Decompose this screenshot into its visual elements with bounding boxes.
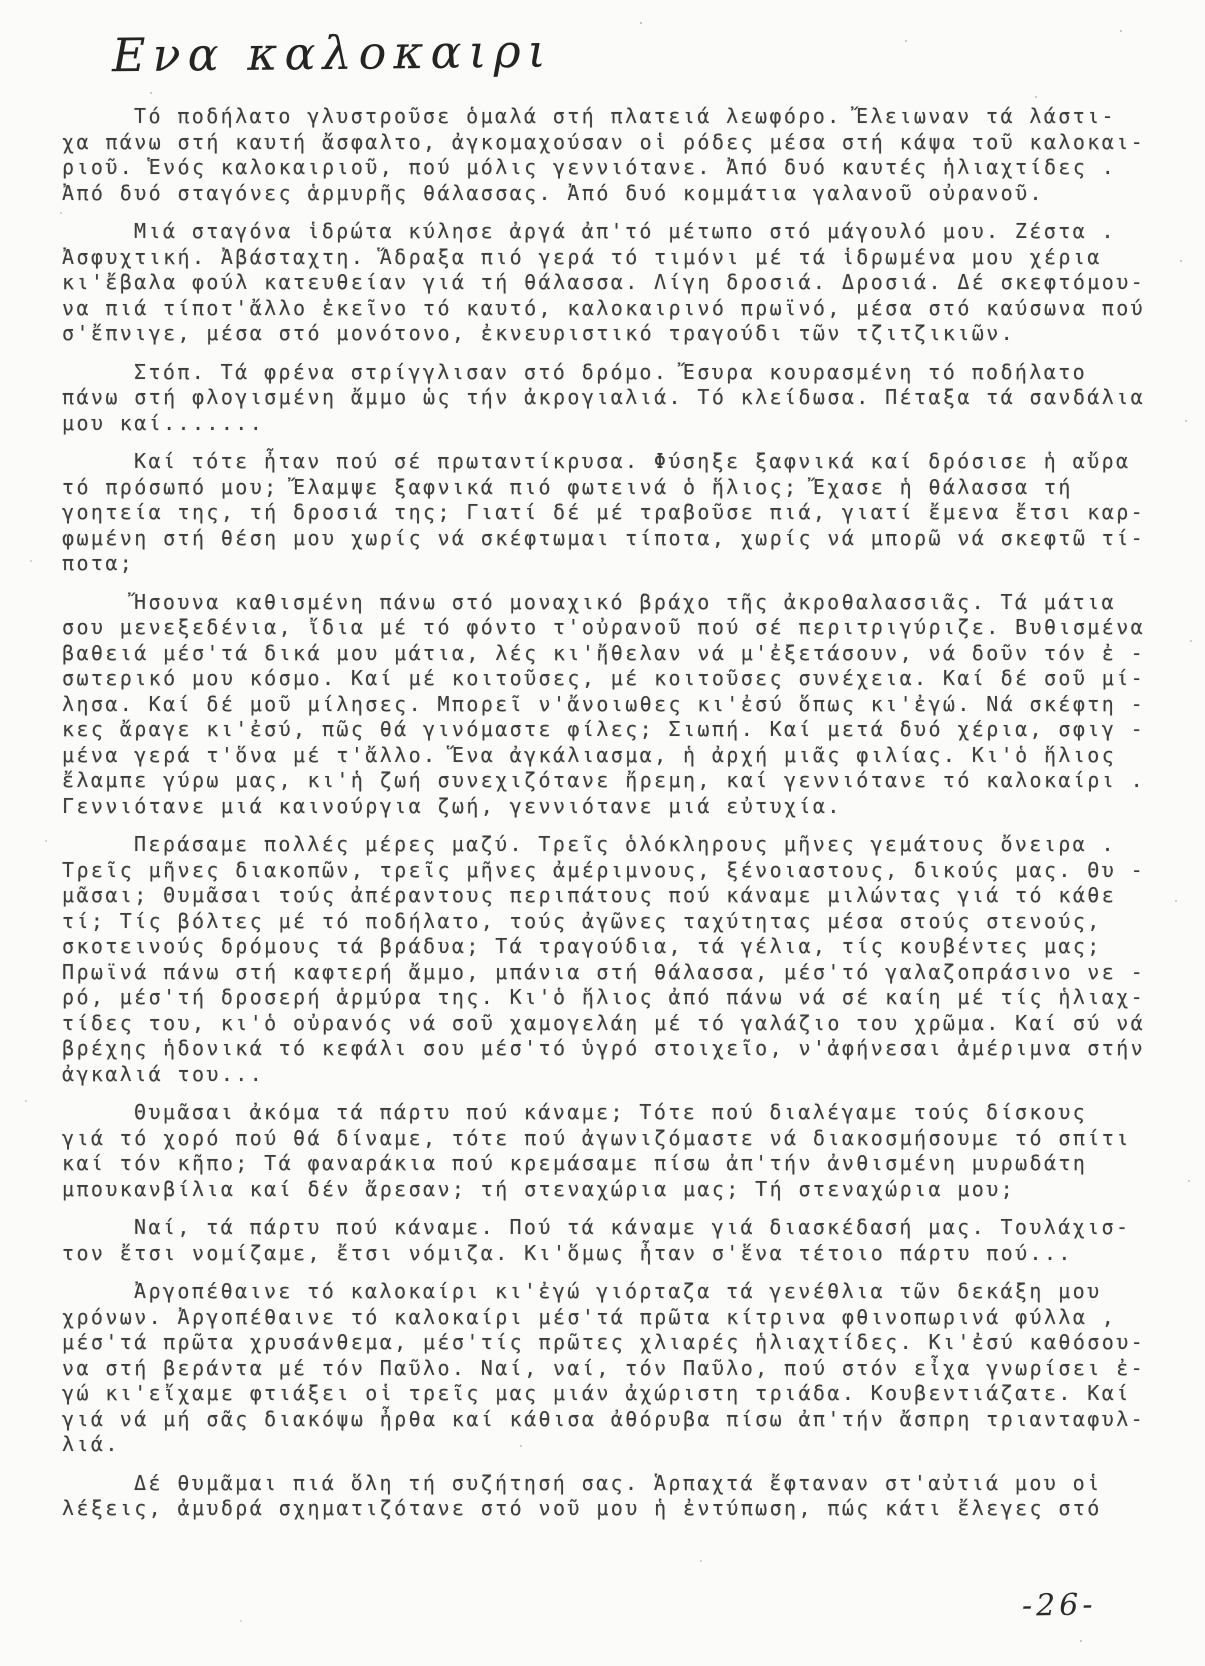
document-body: Τό ποδήλατο γλυστροῦσε ὁμαλά στή πλατειά… — [62, 104, 1197, 1535]
paragraph-5: Ἤσουνα καθισμένη πάνω στό μοναχικό βράχο… — [62, 590, 1197, 820]
paragraph-4: Καί τότε ἦταν πού σέ πρωταντίκρυσα. Φύση… — [62, 449, 1197, 577]
scanned-document-page: Ενα καλοκαιρι Τό ποδήλατο γλυστροῦσε ὁμα… — [0, 0, 1205, 1666]
page-title: Ενα καλοκαιρι — [112, 24, 553, 83]
paragraph-2: Μιά σταγόνα ἱδρώτα κύλησε ἀργά ἀπ'τό μέτ… — [62, 219, 1197, 347]
paragraph-9: Ἀργοπέθαινε τό καλοκαίρι κι'ἐγώ γιόρταζα… — [62, 1279, 1197, 1458]
paragraph-7: Θυμᾶσαι ἀκόμα τά πάρτυ πού κάναμε; Τότε … — [62, 1100, 1197, 1202]
paragraph-3: Στόπ. Τά φρένα στρίγγλισαν στό δρόμο. Ἔσ… — [62, 360, 1197, 437]
page-number: -26- — [1022, 1587, 1097, 1623]
scan-noise-dots — [0, 0, 2, 2]
paragraph-1: Τό ποδήλατο γλυστροῦσε ὁμαλά στή πλατειά… — [62, 104, 1197, 206]
paragraph-8: Ναί, τά πάρτυ πού κάναμε. Πού τά κάναμε … — [62, 1215, 1197, 1266]
paragraph-10: Δέ θυμᾶμαι πιά ὅλη τή συζήτησή σας. Ἁρπα… — [62, 1471, 1197, 1522]
paragraph-6: Περάσαμε πολλές μέρες μαζύ. Τρεῖς ὁλόκλη… — [62, 832, 1197, 1087]
